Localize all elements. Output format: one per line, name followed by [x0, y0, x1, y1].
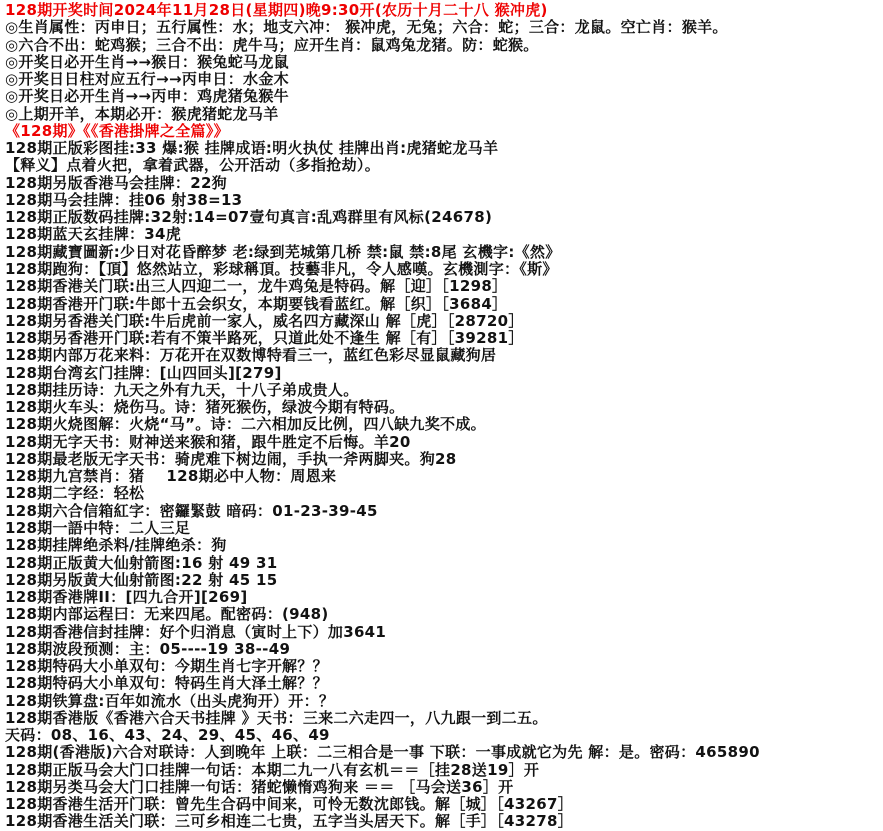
text-line: 128期香港开门联:牛郎十五会织女，本期要钱看蓝红。解［织］［3684］ [5, 296, 883, 313]
text-line: ◎生肖属性：丙申日；五行属性：水；地支六冲： 猴冲虎，无兔；六合：蛇；三合：龙鼠… [5, 19, 883, 36]
text-line: 128期特码大小单双句：特码生肖大泽土解？？ [5, 675, 883, 692]
text-line: 128期香港版《香港六合天书挂牌 》天书：三来二六走四一，八九跟一到二五。 [5, 710, 883, 727]
text-line: 128期最老版无字天书：骑虎难下树边闹，手执一斧两脚夹。狗28 [5, 451, 883, 468]
text-line: 128期二字经：轻松 [5, 485, 883, 502]
text-line: 【释义】点着火把，拿着武器，公开活动（多指抢劫）。 [5, 157, 883, 174]
text-line: 128期火车头：烧伤马。诗：猪死猴伤，绿波今期有特码。 [5, 399, 883, 416]
text-line: 128期挂牌绝杀料/挂牌绝杀：狗 [5, 537, 883, 554]
text-line: 128期火烧图解：火烧“马”。诗：二六相加反比例，四八缺九奖不成。 [5, 416, 883, 433]
text-line: 128期(香港版)六合对联诗：人到晚年 上联：二三相合是一事 下联：一事成就它为… [5, 744, 883, 761]
text-line: 128期波段预测：主：05----19 38--49 [5, 641, 883, 658]
text-line: 128期香港牌II：[四九合开][269] [5, 589, 883, 606]
text-line: 128期香港关门联:出三人四迎二一，龙牛鸡兔是特码。解［迎］［1298］ [5, 278, 883, 295]
text-line: 128期内部万花来料：万花开在双数博特看三一，蓝红色彩尽显鼠藏狗居 [5, 347, 883, 364]
text-line: 天码：08、16、43、24、29、45、46、49 [5, 727, 883, 744]
text-line: 128期跑狗：【頂】悠然站立，彩球稱頂。技藝非凡，令人感嘆。玄機測字：《斯》 [5, 261, 883, 278]
text-line: 128期开奖时间2024年11月28日(星期四)晚9:30开(农历十月二十八 猴… [5, 2, 883, 19]
text-line: 128期香港生活开门联：曾先生合码中间来，可怜无数沈郎钱。解［城］［43267］ [5, 796, 883, 813]
text-line: ◎上期开羊，本期必开：猴虎猪蛇龙马羊 [5, 106, 883, 123]
text-line: 128期一語中特：二人三足 [5, 520, 883, 537]
text-line: 128期六合信箱紅字：密鑼緊鼓 暗码：01-23-39-45 [5, 503, 883, 520]
text-line: 128期九宫禁肖：猪 128期必中人物：周恩来 [5, 468, 883, 485]
text-line: 《128期》《《香港掛牌之全篇》》 [5, 123, 883, 140]
text-line: 128期蓝天玄挂牌：34虎 [5, 226, 883, 243]
text-line: 128期台湾玄门挂牌：[山四回头][279] [5, 365, 883, 382]
text-line: 128期马会挂牌：挂06 射38=13 [5, 192, 883, 209]
text-line: 128期无字天书：财神送来猴和猪，跟牛胜定不后悔。羊20 [5, 434, 883, 451]
text-line: 128期另版香港马会挂牌：22狗 [5, 175, 883, 192]
text-line: ◎开奖日必开生肖→→丙申：鸡虎猪兔猴牛 [5, 88, 883, 105]
text-line: ◎六合不出：蛇鸡猴；三合不出：虎牛马；应开生肖：鼠鸡兔龙猪。防：蛇猴。 [5, 37, 883, 54]
text-line: 128期正版黄大仙射箭图:16 射 49 31 [5, 555, 883, 572]
text-line: 128期另类马会大门口挂牌一句话：猪蛇懒惰鸡狗来 ＝＝ ［马会送36］开 [5, 779, 883, 796]
text-line: 128期铁算盘:百年如流水（出头虎狗开）开：？ [5, 693, 883, 710]
text-line: 128期挂历诗：九天之外有九天，十八子弟成贵人。 [5, 382, 883, 399]
text-line: 128期藏寶圖新:少日对花昏醉梦 老:绿到芜城第几桥 禁:鼠 禁:8尾 玄機字:… [5, 244, 883, 261]
text-line: 128期另香港开门联:若有不策半路死，只道此处不逢生 解［有］［39281］ [5, 330, 883, 347]
text-line: ◎开奖日必开生肖→→猴日：猴兔蛇马龙鼠 [5, 54, 883, 71]
text-line: 128期正版数码挂牌:32射:14=07壹句真言:乱鸡群里有风标(24678) [5, 209, 883, 226]
text-line: 128期香港信封挂牌：好个归消息（寅时上下）加3641 [5, 624, 883, 641]
text-line: 128期内部运程曰：无来四尾。配密码：(948) [5, 606, 883, 623]
text-line: 128期正版马会大门口挂牌一句话：本期二九一八有玄机＝＝［挂28送19］开 [5, 762, 883, 779]
text-line: 128期正版彩图挂:33 爆:猴 挂牌成语:明火执仗 挂牌出肖:虎猪蛇龙马羊 [5, 140, 883, 157]
text-line: ◎开奖日日柱对应五行→→丙申日：水金木 [5, 71, 883, 88]
text-line: 128期另香港关门联:牛后虎前一家人，威名四方藏深山 解［虎］［28720］ [5, 313, 883, 330]
text-line: 128期特码大小单双句：今期生肖七字开解？？ [5, 658, 883, 675]
text-line: 128期另版黄大仙射箭图:22 射 45 15 [5, 572, 883, 589]
document-body: 128期开奖时间2024年11月28日(星期四)晚9:30开(农历十月二十八 猴… [0, 0, 883, 831]
text-line: 128期香港生活关门联：三可乡相连二七贵，五字当头居天下。解［手］［43278］ [5, 813, 883, 830]
